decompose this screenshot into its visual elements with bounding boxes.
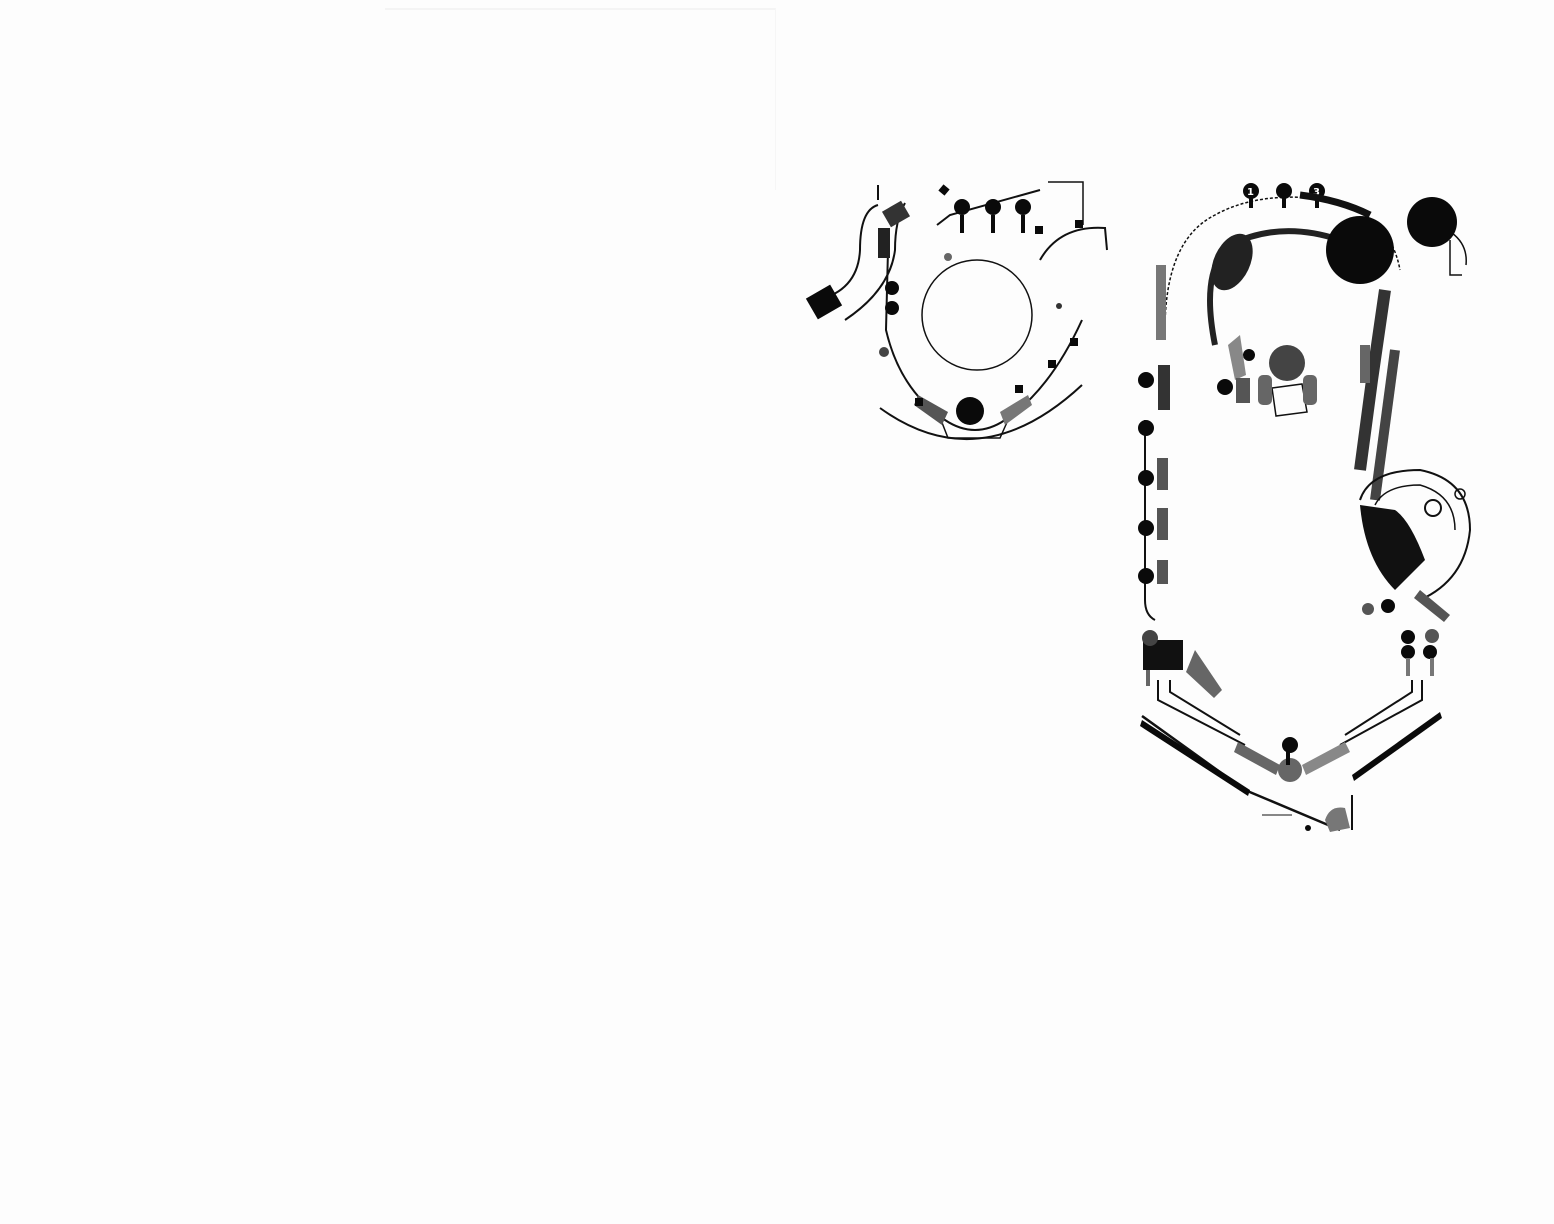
- game-canvas: 1 3: [0, 0, 1554, 1224]
- bumper: [1015, 199, 1031, 215]
- left-flipper: [1234, 742, 1280, 775]
- upper-right-toy: [1326, 216, 1394, 284]
- corner-toy: [1407, 197, 1457, 247]
- center-scoop: [956, 397, 984, 425]
- lane-label-1: 1: [1247, 187, 1254, 198]
- bumper: [954, 199, 970, 215]
- center-dome: [1269, 345, 1305, 381]
- bumper: [985, 199, 1001, 215]
- center-ring: [922, 260, 1032, 370]
- main-playfield-parts: 1 3: [1138, 183, 1465, 832]
- right-flipper: [1302, 742, 1350, 775]
- playfield-art: 1 3: [0, 0, 1554, 1224]
- main-playfield: [1142, 197, 1470, 830]
- lane-target-2: [1276, 183, 1292, 199]
